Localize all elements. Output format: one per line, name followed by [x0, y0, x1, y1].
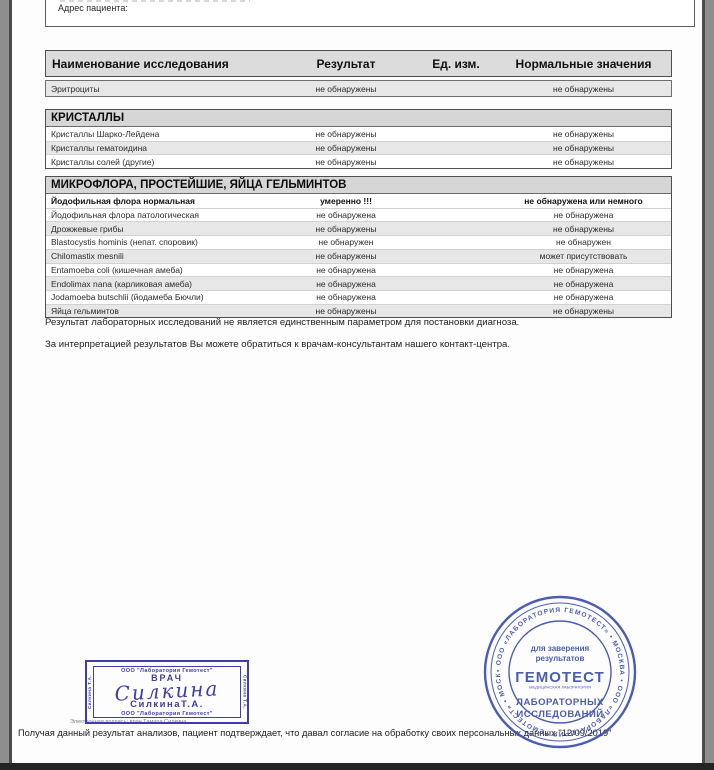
row-result: не обнаружены — [276, 129, 416, 139]
row-name: Endolimax nana (карликовая амеба) — [46, 279, 276, 289]
round-stamp-tagline: МЕДИЦИНСКАЯ ЛАБОРАТОРИЯ — [529, 685, 591, 690]
table-row: Endolimax nana (карликовая амеба)не обна… — [46, 276, 671, 290]
doctor-stamp: Силкина Т.А. Силкина Т.А. ООО "Лаборатор… — [85, 660, 249, 724]
row-normal: не обнаружены — [496, 129, 671, 139]
table-row: Эритроцитыне обнаруженыне обнаружены — [46, 81, 671, 96]
row-normal: не обнаружена — [496, 265, 671, 275]
viewer-bottom-bar — [0, 763, 714, 770]
row-result: не обнаружены — [276, 306, 416, 316]
row-normal: не обнаружена — [496, 210, 671, 220]
row-name: Blastocystis hominis (непат. споровик) — [46, 237, 276, 247]
row-name: Кристаллы гематоидина — [46, 143, 276, 153]
doctor-signature: Силкина — [94, 679, 241, 704]
table-row: Chilomastix mesniliне обнаруженыможет пр… — [46, 249, 671, 263]
row-name: Entamoeba coli (кишечная амеба) — [46, 265, 276, 275]
column-header-name: Наименование исследования — [46, 57, 276, 71]
address-label: Адрес пациента: — [58, 3, 128, 13]
table-section: МИКРОФЛОРА, ПРОСТЕЙШИЕ, ЯЙЦА ГЕЛЬМИНТОВЙ… — [45, 176, 672, 318]
table-row: Кристаллы гематоидинане обнаруженыне обн… — [46, 141, 671, 155]
column-header-unit: Ед. изм. — [416, 57, 496, 71]
row-result: не обнаружена — [276, 292, 416, 302]
table-row: Йодофильная флора патологическаяне обнар… — [46, 208, 671, 222]
table-header-row: Наименование исследования Результат Ед. … — [45, 50, 672, 77]
row-result: не обнаружены — [276, 224, 416, 234]
round-stamp-line1: для заверения — [531, 644, 590, 653]
row-result: не обнаружена — [276, 210, 416, 220]
row-normal: может присутствовать — [496, 251, 671, 261]
column-header-normal: Нормальные значения — [496, 57, 671, 71]
address-box: Адрес пациента: — [45, 0, 695, 27]
row-name: Йодофильная флора нормальная — [46, 196, 276, 206]
doctor-stamp-side-left-label: Силкина Т.А. — [87, 675, 92, 709]
table-row: Кристаллы солей (другие)не обнаруженыне … — [46, 154, 671, 168]
row-name: Jodamoeba butschlii (йодамеба Бючли) — [46, 292, 276, 302]
row-name: Йодофильная флора патологическая — [46, 210, 276, 220]
table-row: Entamoeba coli (кишечная амеба)не обнару… — [46, 263, 671, 277]
section-title: КРИСТАЛЛЫ — [46, 110, 671, 127]
row-result: умеренно !!! — [276, 196, 416, 206]
row-normal: не обнаружены — [496, 224, 671, 234]
results-table: Наименование исследования Результат Ед. … — [45, 50, 672, 318]
round-stamp-line2: результатов — [536, 654, 585, 663]
round-stamp: • ООО «ЛАБОРАТОРИЯ ГЕМОТЕСТ» • МОСКВА • … — [480, 594, 640, 754]
table-single-row-section: Эритроцитыне обнаруженыне обнаружены — [45, 80, 672, 97]
row-result: не обнаружены — [276, 157, 416, 167]
round-stamp-brand: ГЕМОТЕСТ — [515, 669, 604, 686]
doctor-stamp-org-top: ООО "Лаборатория Гемотест" — [98, 668, 237, 674]
row-name: Эритроциты — [46, 84, 276, 94]
round-stamp-line4: ИССЛЕДОВАНИЙ — [516, 708, 603, 720]
row-normal: не обнаружены — [496, 157, 671, 167]
cutoff-text-remnant — [60, 0, 250, 2]
row-normal: не обнаружены — [496, 143, 671, 153]
doctor-stamp-inner: ООО "Лаборатория Гемотест" ВРАЧ Силкина … — [93, 666, 241, 718]
row-normal: не обнаружены — [496, 306, 671, 316]
note-interpretation: За интерпретацией результатов Вы можете … — [45, 339, 510, 350]
row-name: Дрожжевые грибы — [46, 224, 276, 234]
table-section: КРИСТАЛЛЫКристаллы Шарко-Лейденане обнар… — [45, 109, 672, 169]
row-normal: не обнаружены — [496, 84, 671, 94]
row-result: не обнаружен — [276, 237, 416, 247]
doctor-stamp-org-bottom: ООО "Лаборатория Гемотест" — [98, 711, 237, 717]
row-normal: не обнаружена или немного — [496, 196, 671, 206]
row-name: Кристаллы солей (другие) — [46, 157, 276, 167]
row-result: не обнаружены — [276, 84, 416, 94]
row-normal: не обнаружена — [496, 292, 671, 302]
note-diagnosis: Результат лабораторных исследований не я… — [45, 317, 519, 328]
table-row: Яйца гельминтовне обнаруженыне обнаружен… — [46, 304, 671, 318]
page-content: Адрес пациента: Наименование исследовани… — [0, 0, 714, 770]
table-row: Йодофильная флора нормальнаяумеренно !!!… — [46, 194, 671, 208]
row-normal: не обнаружена — [496, 279, 671, 289]
table-body: Эритроцитыне обнаруженыне обнаруженыКРИС… — [45, 80, 672, 318]
row-result: не обнаружена — [276, 265, 416, 275]
doctor-stamp-side-right-label: Силкина Т.А. — [242, 675, 247, 709]
row-result: не обнаружена — [276, 279, 416, 289]
row-name: Яйца гельминтов — [46, 306, 276, 316]
round-stamp-line3: ЛАБОРАТОРНЫХ — [516, 697, 604, 708]
table-row: Jodamoeba butschlii (йодамеба Бючли)не о… — [46, 290, 671, 304]
section-title: МИКРОФЛОРА, ПРОСТЕЙШИЕ, ЯЙЦА ГЕЛЬМИНТОВ — [46, 177, 671, 194]
row-normal: не обнаружен — [496, 237, 671, 247]
table-row: Blastocystis hominis (непат. споровик)не… — [46, 235, 671, 249]
row-result: не обнаружены — [276, 143, 416, 153]
column-header-result: Результат — [276, 57, 416, 71]
row-name: Chilomastix mesnili — [46, 251, 276, 261]
row-name: Кристаллы Шарко-Лейдена — [46, 129, 276, 139]
table-row: Дрожжевые грибыне обнаруженыне обнаружен… — [46, 221, 671, 235]
table-row: Кристаллы Шарко-Лейденане обнаруженыне о… — [46, 127, 671, 141]
row-result: не обнаружены — [276, 251, 416, 261]
